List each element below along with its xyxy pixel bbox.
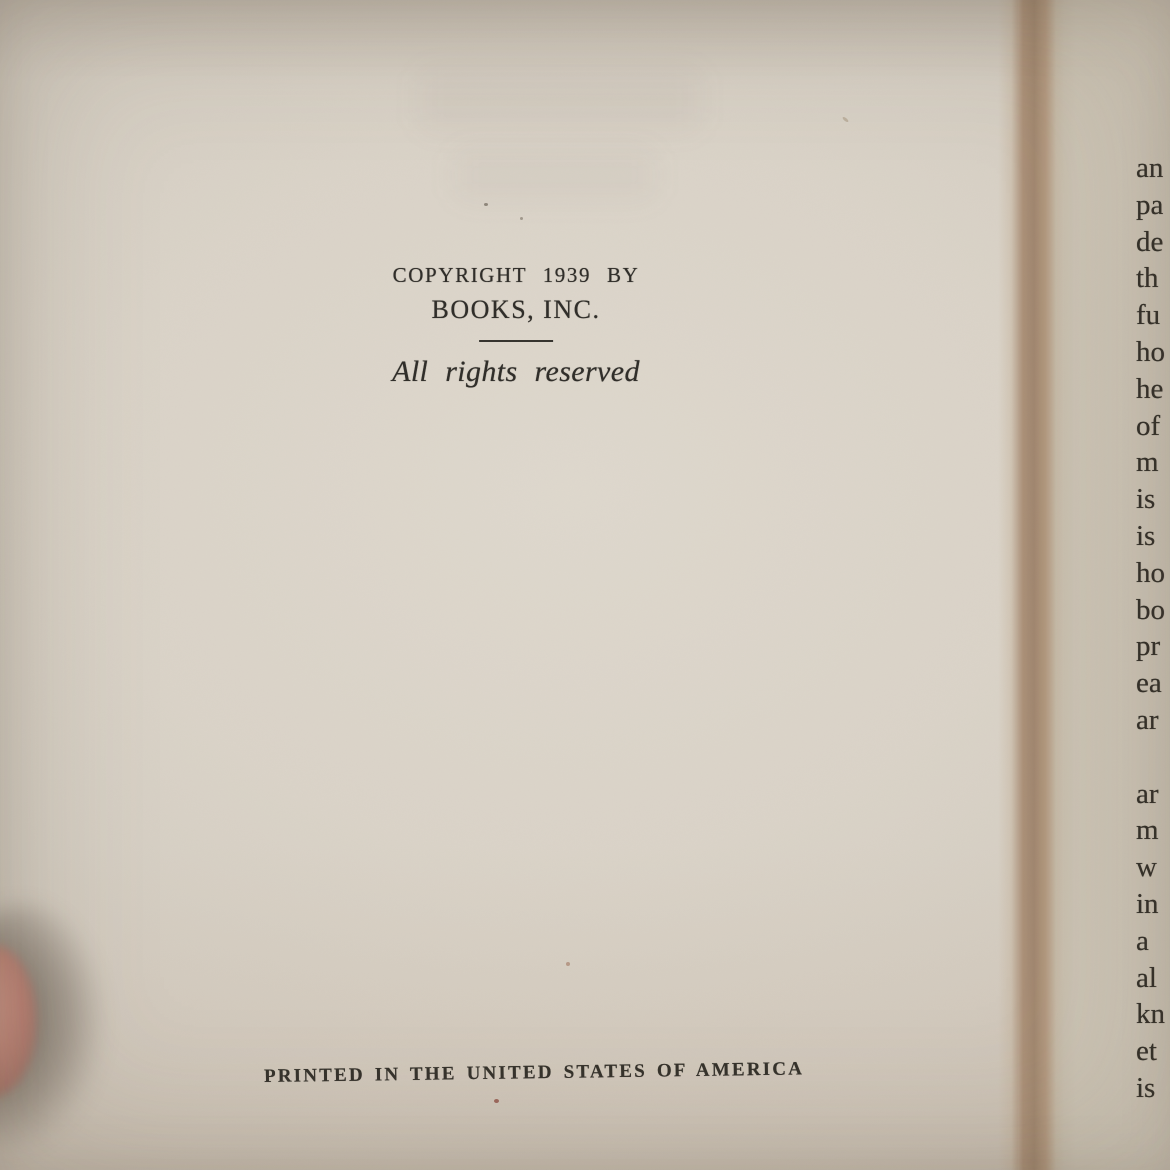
- show-through-smudge: [420, 70, 700, 130]
- partial-text-line: a: [1136, 923, 1165, 960]
- paper-speck: [484, 203, 488, 206]
- partial-text-line: de: [1136, 224, 1165, 261]
- paper-speck: [494, 1099, 499, 1103]
- publisher-line: BOOKS, INC.: [392, 295, 640, 325]
- partial-text-column: anpadethfuhoheofmisishobopreaararmwinaal…: [1136, 150, 1165, 1107]
- printed-in-usa-line: PRINTED IN THE UNITED STATES OF AMERICA: [264, 1058, 804, 1088]
- partial-text-line: m: [1136, 812, 1165, 849]
- paper-speck: [566, 962, 570, 966]
- partial-text-line: is: [1136, 481, 1165, 518]
- partial-text-line: ho: [1136, 334, 1165, 371]
- partial-text-line: in: [1136, 886, 1165, 923]
- partial-text-line: al: [1136, 960, 1165, 997]
- partial-text-line: et: [1136, 1033, 1165, 1070]
- copyright-line: COPYRIGHT 1939 BY: [392, 263, 640, 288]
- partial-text-line: an: [1136, 150, 1165, 187]
- partial-text-line: ea: [1136, 665, 1165, 702]
- paper-fiber: [842, 116, 849, 123]
- rights-reserved-line: All rights reserved: [392, 355, 640, 389]
- page-gutter-shadow: [998, 0, 1064, 1170]
- partial-text-line: ar: [1136, 702, 1165, 739]
- partial-text-line: m: [1136, 444, 1165, 481]
- copyright-block: COPYRIGHT 1939 BY BOOKS, INC. All rights…: [392, 263, 640, 389]
- book-copyright-page-photo: COPYRIGHT 1939 BY BOOKS, INC. All rights…: [0, 0, 1170, 1170]
- partial-text-line: ho: [1136, 555, 1165, 592]
- partial-text-line: th: [1136, 260, 1165, 297]
- partial-text-line: is: [1136, 518, 1165, 555]
- partial-text-line: pa: [1136, 187, 1165, 224]
- paper-speck: [520, 217, 523, 220]
- partial-text-line: of: [1136, 408, 1165, 445]
- partial-text-line: is: [1136, 1070, 1165, 1107]
- partial-text-line: he: [1136, 371, 1165, 408]
- copyright-page: COPYRIGHT 1939 BY BOOKS, INC. All rights…: [0, 0, 1018, 1170]
- partial-text-line: ar: [1136, 776, 1165, 813]
- partial-text-line: kn: [1136, 996, 1165, 1033]
- partial-text-line: bo: [1136, 592, 1165, 629]
- divider-rule: [479, 340, 553, 342]
- partial-text-line: fu: [1136, 297, 1165, 334]
- partial-text-line: [1136, 739, 1165, 776]
- partial-text-line: pr: [1136, 628, 1165, 665]
- partial-text-line: w: [1136, 849, 1165, 886]
- show-through-smudge: [455, 150, 655, 200]
